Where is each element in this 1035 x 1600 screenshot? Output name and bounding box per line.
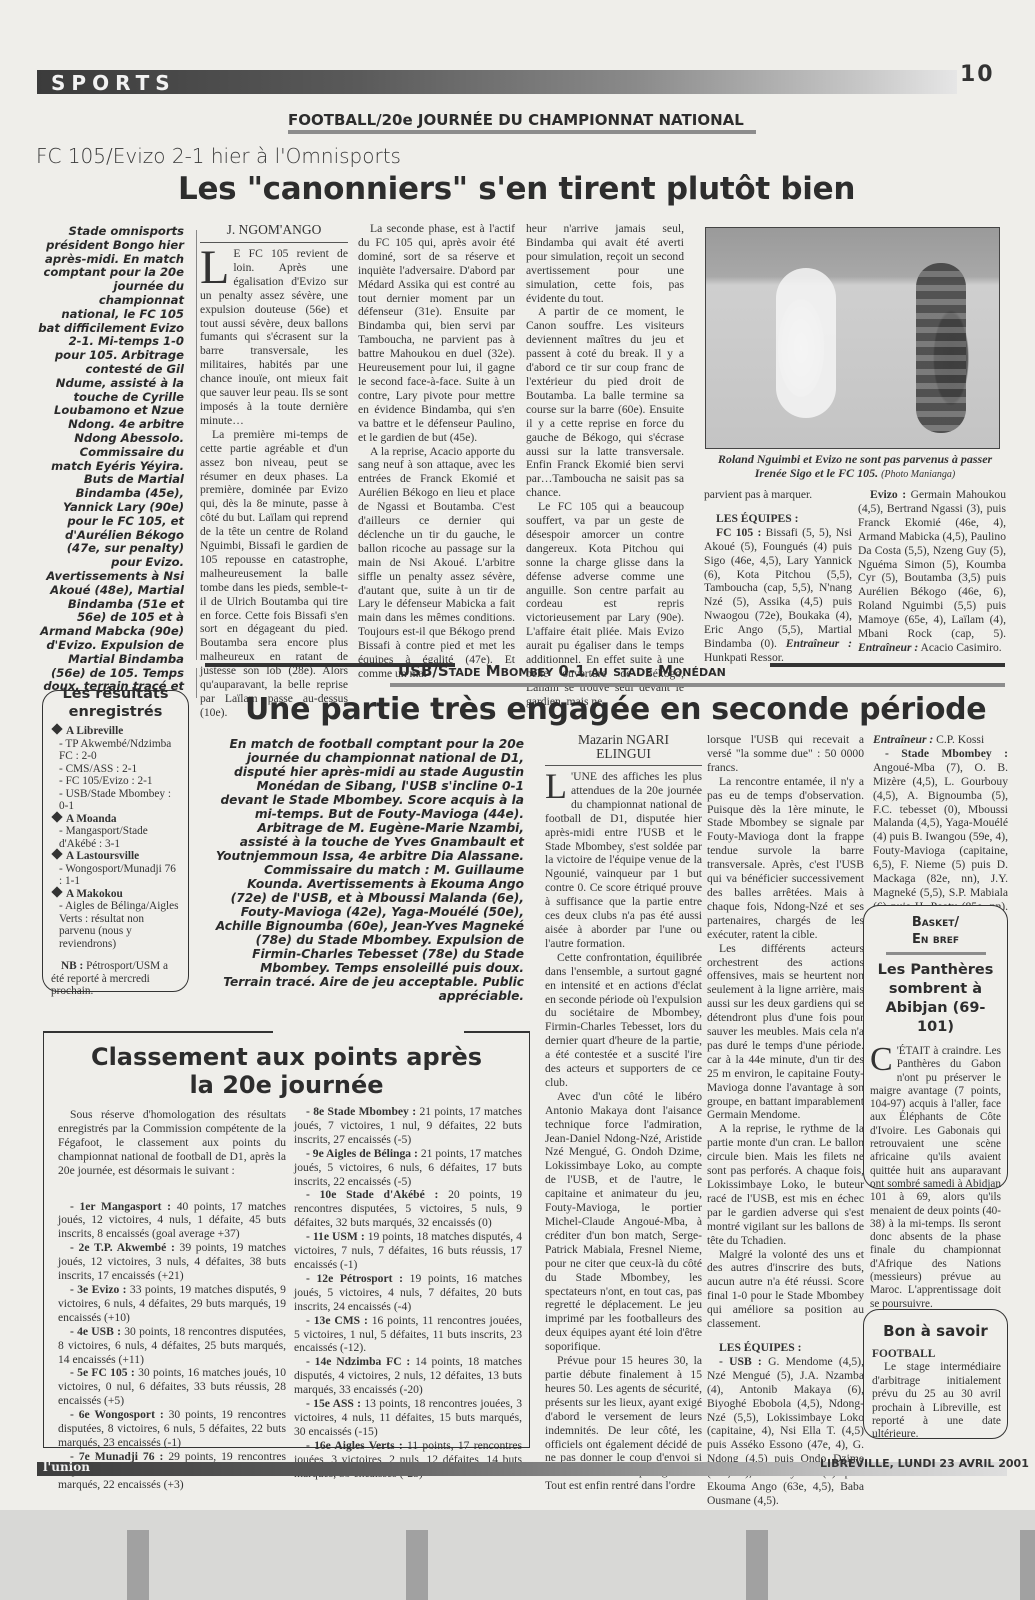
- paragraph: A partir de ce moment, le Canon souffre.…: [526, 305, 684, 500]
- standings-intro: Sous réserve d'homologation des résultat…: [58, 1108, 286, 1178]
- info-box: Bon à savoir FOOTBALL Le stage intermédi…: [863, 1309, 1008, 1439]
- article1-headline: Les "canonniers" s'en tirent plutôt bien: [178, 171, 855, 207]
- basket-brief-box: Basket/ En bref Les Panthères sombrent à…: [863, 905, 1008, 1189]
- dropcap: L: [200, 249, 229, 287]
- city: A Moanda: [66, 813, 117, 825]
- city: A Lastoursville: [66, 850, 139, 862]
- paragraph: Les différents acteurs orchestrent des a…: [707, 942, 864, 1123]
- standings-column-2: - 8e Stade Mbombey : 21 points, 17 match…: [294, 1105, 522, 1480]
- title-line: la 20e journée: [44, 1071, 529, 1099]
- team-lineup: G. Mendome (4,5), Nzé Mengué (5), J.A. N…: [707, 1355, 864, 1507]
- kicker-line: En bref: [864, 931, 1007, 948]
- photo-caption: Roland Nguimbi et Evizo ne sont pas parv…: [705, 452, 1005, 482]
- info-box-title: Bon à savoir: [864, 1322, 1007, 1340]
- city: A Makokou: [66, 888, 123, 900]
- standing-entry: - 4e USB : 30 points, 18 rencontres disp…: [58, 1325, 286, 1367]
- article2-column-3: Entraîneur : C.P. Kossi - Stade Mbombey …: [873, 733, 1008, 928]
- result-line: - Wongosport/Munadji 76 : 1-1: [51, 863, 180, 888]
- coach-name: Acacio Casimiro.: [921, 641, 1002, 654]
- article2-headline: Une partie très engagée en seconde pério…: [245, 692, 986, 727]
- team-label: - Stade Mbombey :: [885, 747, 1008, 760]
- result-line: - TP Akwembé/Ndzimba FC : 2-0: [51, 738, 180, 763]
- standing-entry: - 2e T.P. Akwembé : 39 points, 19 matche…: [58, 1241, 286, 1283]
- article2-byline: Mazarin NGARI ELINGUI: [545, 733, 702, 761]
- scan-artifact: [406, 1530, 428, 1600]
- article2-kicker: USB/Stade Mbombey 0-1 au stade Monédan: [398, 662, 726, 680]
- team-label: - USB :: [719, 1355, 762, 1368]
- article1-byline: J. NGOM'ANGO: [200, 222, 348, 238]
- city: A Libreville: [66, 725, 123, 737]
- scan-artifact: [746, 1530, 768, 1600]
- byline-rule: [545, 765, 702, 766]
- results-group: A Moanda: [51, 813, 180, 826]
- paragraph: La rencontre entamée, il n'y a pas eu de…: [707, 775, 864, 942]
- teams-heading: LES ÉQUIPES :: [704, 512, 852, 526]
- standing-entry: - 1er Mangasport : 40 points, 17 matches…: [58, 1200, 286, 1242]
- team-label: FC 105 :: [716, 526, 761, 539]
- paragraph: 'UNE des affiches les plus attendues de …: [545, 770, 702, 951]
- title-line: Les résultats: [43, 685, 188, 703]
- article2-column-1: L 'UNE des affiches les plus attendues d…: [545, 770, 702, 1493]
- section-title: SPORTS: [51, 71, 176, 95]
- result-line: - CMS/ASS : 2-1: [51, 763, 180, 776]
- standing-entry: - 15e ASS : 13 points, 18 rencontres jou…: [294, 1397, 522, 1439]
- title-line: Classement aux points après: [44, 1043, 529, 1071]
- paragraph: lorsque l'USB qui recevait a versé "la s…: [707, 733, 864, 775]
- standing-entry: - 14e Ndzimba FC : 14 points, 18 matches…: [294, 1355, 522, 1397]
- article1-column-2: La seconde phase, est à l'actif du FC 10…: [358, 222, 515, 681]
- column-divider: [196, 668, 197, 698]
- standing-entry: - 12e Pétrosport : 19 points, 16 matches…: [294, 1272, 522, 1314]
- column-divider: [196, 230, 197, 660]
- results-list: A Libreville - TP Akwembé/Ndzimba FC : 2…: [43, 721, 188, 998]
- box-top-rule: [43, 1031, 273, 1033]
- article2-column-2: lorsque l'USB qui recevait a versé "la s…: [707, 733, 864, 1508]
- scan-artifact: [127, 1530, 149, 1600]
- result-line: - USB/Stade Mbombey : 0-1: [51, 788, 180, 813]
- basket-text: C 'ÉTAIT à craindre. Les Panthères du Ga…: [864, 1037, 1007, 1311]
- basket-kicker: Basket/ En bref: [864, 914, 1007, 948]
- coach-label: Entraîneur :: [786, 637, 852, 650]
- standing-entry: - 5e FC 105 : 30 points, 16 matches joué…: [58, 1366, 286, 1408]
- info-box-body: FOOTBALL Le stage intermédiaire d'arbitr…: [864, 1340, 1007, 1442]
- kicker-rule: [390, 683, 1005, 687]
- dropcap: C: [870, 1047, 893, 1073]
- newspaper-brand: l'union: [43, 1460, 90, 1474]
- paragraph: Malgré la volonté des uns et des autres …: [707, 1248, 864, 1331]
- divider-rule: [770, 663, 1005, 667]
- results-group: A Makokou: [51, 888, 180, 901]
- article2-lead: En match de football comptant pour la 20…: [212, 737, 524, 1003]
- kicker-line: Basket/: [864, 914, 1007, 931]
- team-lineup: Germain Mahoukou (4,5), Bertrand Ngassi …: [858, 488, 1006, 640]
- paragraph: 'ÉTAIT à craindre. Les Panthères du Gabo…: [870, 1045, 1001, 1311]
- player-white-figure: [776, 268, 836, 418]
- paragraph: La première mi-temps de cette partie agr…: [200, 428, 348, 720]
- team-lineup: Angoué-Mba (7), O. B. Mizère (4,5), L. G…: [873, 761, 1008, 913]
- standing-entry: - 10e Stade d'Akébé : 20 points, 19 renc…: [294, 1188, 522, 1230]
- team-label: Evizo :: [870, 488, 906, 501]
- scan-background: [0, 1510, 1035, 1600]
- standings-column-1: Sous réserve d'homologation des résultat…: [58, 1108, 286, 1492]
- diamond-bullet-icon: [51, 723, 62, 734]
- player-striped-figure: [916, 263, 966, 433]
- scan-artifact: [1020, 1530, 1035, 1600]
- article1-column-1: L E FC 105 revient de loin. Après une ég…: [200, 247, 348, 720]
- result-line: - FC 105/Evizo : 2-1: [51, 775, 180, 788]
- results-box-title: Les résultats enregistrés: [43, 685, 188, 721]
- info-subhead: FOOTBALL: [872, 1348, 1001, 1361]
- diamond-bullet-icon: [51, 886, 62, 897]
- photo-credit: (Photo Manianga): [881, 469, 955, 480]
- coach-name: C.P. Kossi: [936, 733, 984, 746]
- paragraph: heur n'arrive jamais seul, Bindamba qui …: [526, 222, 684, 305]
- note-label: NB :: [61, 960, 83, 972]
- paragraph: La seconde phase, est à l'actif du FC 10…: [358, 222, 515, 445]
- result-line: - Aigles de Bélinga/Aigles Verts : résul…: [51, 900, 180, 950]
- results-group: A Libreville: [51, 725, 180, 738]
- article1-kicker: FOOTBALL/20e JOURNÉE DU CHAMPIONNAT NATI…: [288, 111, 744, 129]
- paragraph: A la reprise, le rythme de la partie mon…: [707, 1122, 864, 1247]
- results-box: Les résultats enregistrés A Libreville -…: [42, 690, 189, 992]
- coach-label: Entraîneur :: [858, 641, 918, 654]
- dropcap: L: [545, 772, 567, 800]
- box-top-rule: [464, 1031, 530, 1033]
- section-header-band: SPORTS: [37, 70, 957, 94]
- teams-heading: LES ÉQUIPES :: [707, 1341, 864, 1355]
- page-number: 10: [960, 62, 995, 87]
- diamond-bullet-icon: [51, 848, 62, 859]
- article1-subtitle: FC 105/Evizo 2-1 hier à l'Omnisports: [36, 144, 401, 168]
- paragraph: Le stage intermédiaire d'arbitrage initi…: [872, 1361, 1001, 1441]
- article1-column-3: heur n'arrive jamais seul, Bindamba qui …: [526, 222, 684, 709]
- standing-entry: - 3e Evizo : 33 points, 19 matches dispu…: [58, 1283, 286, 1325]
- dateline: LIBREVILLE, LUNDI 23 AVRIL 2001: [820, 1457, 1029, 1470]
- newspaper-page: SPORTS 10 FOOTBALL/20e JOURNÉE DU CHAMPI…: [0, 0, 1035, 1510]
- byline-line: ELINGUI: [545, 747, 702, 761]
- article1-lead: Stade omnisports président Bongo hier ap…: [38, 225, 184, 735]
- standing-entry: - 13e CMS : 16 points, 11 rencontres jou…: [294, 1314, 522, 1356]
- paragraph: A la reprise, Acacio apporte du sang neu…: [358, 445, 515, 681]
- article1-teams-fc105: parvient pas à marquer. LES ÉQUIPES : FC…: [704, 488, 852, 665]
- results-group: A Lastoursville: [51, 850, 180, 863]
- paragraph: Cette confrontation, équilibrée dans l'e…: [545, 951, 702, 1090]
- kicker-rule: [886, 952, 986, 955]
- diamond-bullet-icon: [51, 811, 62, 822]
- paragraph: Avec d'un côté le libéro Antonio Makaya …: [545, 1090, 702, 1354]
- standings-box: Classement aux points après la 20e journ…: [43, 1031, 530, 1448]
- standing-entry: - 6e Wongosport : 30 points, 19 rencontr…: [58, 1408, 286, 1450]
- match-photo: [705, 227, 1000, 449]
- coach-label: Entraîneur :: [873, 733, 933, 746]
- standing-entry: - 9e Aigles de Bélinga : 21 points, 17 m…: [294, 1147, 522, 1189]
- article1-teams-evizo: Evizo : Germain Mahoukou (4,5), Bertrand…: [858, 488, 1006, 655]
- kicker-rule: [288, 130, 756, 134]
- basket-title: Les Panthères sombrent à Abibjan (69-101…: [864, 961, 1007, 1037]
- standings-title: Classement aux points après la 20e journ…: [44, 1043, 529, 1099]
- standing-entry: - 11e USM : 19 points, 18 matches disput…: [294, 1230, 522, 1272]
- byline-line: Mazarin NGARI: [545, 733, 702, 747]
- paragraph: parvient pas à marquer.: [704, 488, 852, 502]
- standing-entry: - 8e Stade Mbombey : 21 points, 17 match…: [294, 1105, 522, 1147]
- team-lineup: Bissafi (5, 5), Nsi Akoué (5), Foungués …: [704, 526, 852, 650]
- result-line: - Mangasport/Stade d'Akébé : 3-1: [51, 825, 180, 850]
- title-line: enregistrés: [43, 703, 188, 721]
